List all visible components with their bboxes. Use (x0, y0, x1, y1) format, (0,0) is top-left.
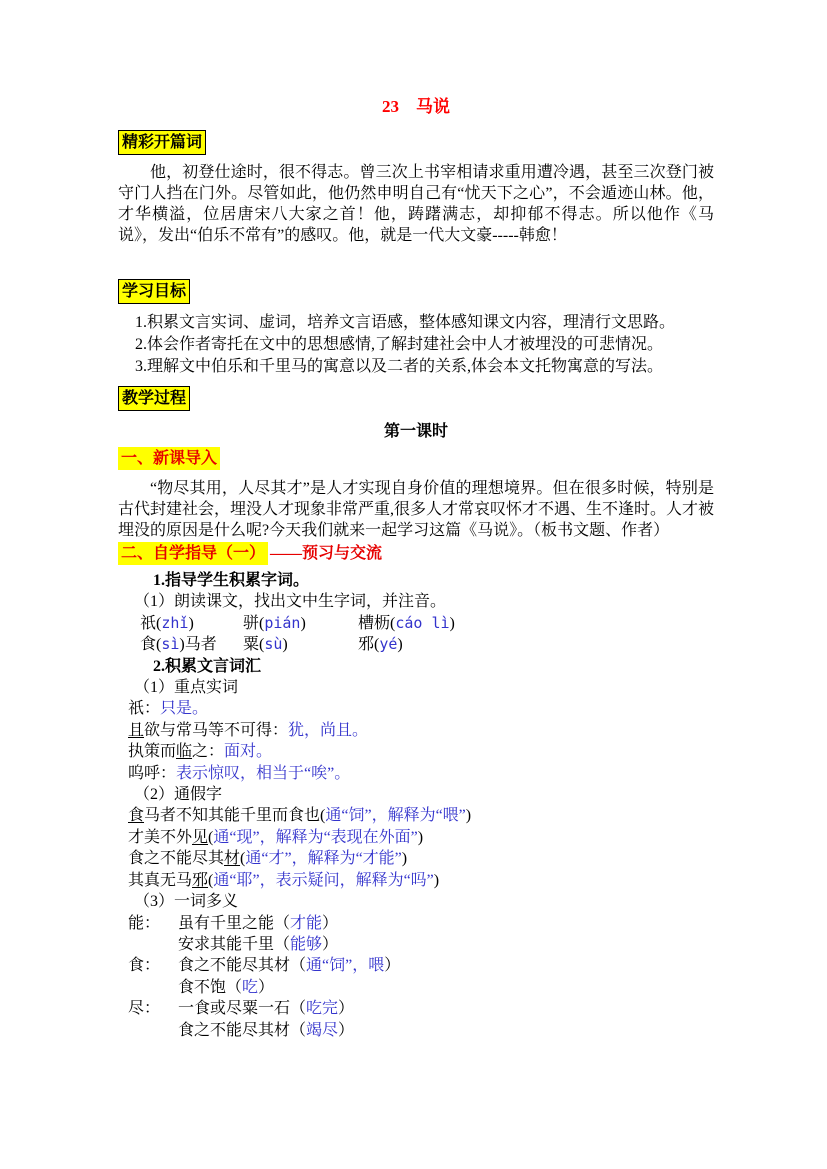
text-run: 祇： (128, 700, 160, 717)
polysemy-label: （3）一词多义 (134, 891, 714, 912)
text-run: 骈 (243, 615, 259, 632)
pinyin-entry: 骈(pián) (243, 613, 358, 634)
process-heading-row: 教学过程 (118, 386, 714, 412)
text-run: ) (450, 615, 455, 632)
text-run: 邪 (358, 636, 374, 653)
polysemy-example: 虽有千里之能（才能） (178, 915, 338, 932)
pinyin-entry: 槽枥(cáo lì) (358, 613, 455, 634)
text-run: ) (397, 636, 402, 653)
pinyin-entry: 食(sì)马者 (140, 634, 243, 655)
text-run: ) (282, 636, 287, 653)
polysemy-line: 食不饱（吃） (178, 977, 714, 998)
text-run: 祇 (140, 615, 156, 632)
tongjia-line: 食之不能尽其材(通“才”，解释为“才能”) (128, 848, 714, 869)
goals-list: 1.积累文言实词、虚词，培养文言语感，整体感知课文内容，理清行文思路。 2.体会… (118, 312, 714, 378)
text-run: 安求其能千里（ (178, 936, 290, 953)
text-run: zhǐ (161, 614, 188, 632)
page-title: 23 马说 (118, 96, 714, 118)
polysemy-line: 食之不能尽其材（竭尽） (178, 1020, 714, 1041)
pinyin-entry: 祇(zhǐ) (140, 613, 243, 634)
tongjia-line: 才美不外见(通“现”，解释为“表现在外面”) (128, 827, 714, 848)
goal-item-3: 3.理解文中伯乐和千里马的寓意以及二者的关系,体会本文托物寓意的写法。 (135, 356, 714, 378)
text-run: 马者不知其能千里而食也( (144, 807, 325, 824)
text-run: ） (322, 936, 338, 953)
polysemy-headword: 能： (128, 913, 178, 934)
polysemy-headword: 食： (128, 955, 178, 976)
text-run: 且 (128, 722, 144, 739)
text-run: 其真无马 (128, 872, 192, 889)
text-run: ) (402, 850, 407, 867)
text-run: ） (384, 957, 400, 974)
pinyin-entry: 粟(sù) (243, 634, 358, 655)
document-page: 23 马说 精彩开篇词 他，初登仕途时，很不得志。曾三次上书宰相请求重用遭冷遇，… (118, 96, 714, 1041)
text-run: 一食或尽粟一石（ (178, 1000, 306, 1017)
opening-paragraph: 他，初登仕途时，很不得志。曾三次上书宰相请求重用遭冷遇，甚至三次登门被守门人挡在… (118, 162, 714, 246)
text-run: 才能 (290, 915, 322, 932)
text-run: 能够 (290, 936, 322, 953)
text-run: yé (379, 635, 397, 653)
text-run: 马者 (185, 636, 217, 653)
pinyin-entry: 邪(yé) (358, 634, 403, 655)
text-run: pián (264, 614, 300, 632)
key-word-line: 执策而临之：面对。 (128, 741, 714, 762)
text-run: 面对。 (224, 743, 272, 760)
lead-in-heading-row: 一、新课导入 (118, 446, 714, 472)
polysemy-line: 安求其能千里（能够） (178, 934, 714, 955)
tongjia-line: 其真无马邪(通“耶”，表示疑问，解释为“吗”) (128, 870, 714, 891)
text-run: 材 (224, 850, 240, 867)
study-step-1-label: 1.指导学生积累字词。 (153, 570, 714, 591)
text-run: 食之不能尽其 (128, 850, 224, 867)
polysemy-example: 一食或尽粟一石（吃完） (178, 1000, 354, 1017)
study-step-2-label: 2.积累文言词汇 (153, 656, 714, 677)
key-word-line: 且欲与常马等不可得：犹，尚且。 (128, 720, 714, 741)
text-run: ) (188, 615, 193, 632)
text-run: 通“饲”，解释为“喂” (325, 807, 465, 824)
self-study-heading-row: 二、自学指导（一）——预习与交流 (118, 541, 714, 567)
polysemy-line: 食：食之不能尽其材（通“饲”，喂） (128, 955, 714, 976)
document-background: { "title": "23 马说", "colors": { "title_r… (0, 0, 827, 1169)
text-run: 执策而 (128, 743, 176, 760)
self-study-subtitle: ——预习与交流 (268, 545, 382, 562)
goal-item-2: 2.体会作者寄托在文中的思想感情,了解封建社会中人才被埋没的可悲情况。 (135, 334, 714, 356)
section-heading-opening: 精彩开篇词 (118, 130, 206, 155)
pinyin-row-1: 祇(zhǐ)骈(pián)槽枥(cáo lì) (140, 613, 714, 634)
text-run: 吃完 (306, 1000, 338, 1017)
text-run: ) (466, 807, 471, 824)
text-run: 虽有千里之能（ (178, 915, 290, 932)
pinyin-row-2: 食(sì)马者粟(sù)邪(yé) (140, 634, 714, 655)
polysemy-example: 食之不能尽其材（通“饲”，喂） (178, 957, 400, 974)
tongjia-line: 食马者不知其能千里而食也(通“饲”，解释为“喂”) (128, 805, 714, 826)
text-run: 见 (192, 829, 208, 846)
lead-in-paragraph: “物尽其用，人尽其才”是人才实现自身价值的理想境界。但在很多时候，特别是古代封建… (118, 478, 714, 541)
text-run: 食 (128, 807, 144, 824)
session-title: 第一课时 (118, 421, 714, 442)
text-run: 临 (176, 743, 192, 760)
text-run: 通“饲”，喂 (306, 957, 384, 974)
text-run: 犹，尚且。 (288, 722, 368, 739)
key-word-line: 祇：只是。 (128, 698, 714, 719)
text-run: 欲与常马等不可得： (144, 722, 288, 739)
text-run: ) (300, 615, 305, 632)
text-run: 粟 (243, 636, 259, 653)
section-heading-goals: 学习目标 (118, 279, 190, 304)
text-run: 之： (192, 743, 224, 760)
text-run: ） (338, 1000, 354, 1017)
text-run: 才美不外 (128, 829, 192, 846)
text-run: ) (434, 872, 439, 889)
text-run: 呜呼： (128, 765, 176, 782)
key-word-line: 呜呼：表示惊叹，相当于“唉”。 (128, 763, 714, 784)
goals-heading-row: 学习目标 (118, 279, 714, 305)
tongjia-label: （2）通假字 (134, 784, 714, 805)
text-run: 吃 (242, 979, 258, 996)
self-study-block: 1.指导学生积累字词。 （1）朗读课文，找出文中生字词，并注音。 祇(zhǐ)骈… (118, 570, 714, 1041)
text-run: 食不饱（ (178, 979, 242, 996)
section-heading-lead-in: 一、新课导入 (118, 447, 220, 470)
study-step-1-item: （1）朗读课文，找出文中生字词，并注音。 (134, 591, 714, 612)
section-heading-self-study: 二、自学指导（一） (118, 542, 268, 565)
polysemy-headword: 尽： (128, 998, 178, 1019)
text-run: 槽枥 (358, 615, 390, 632)
text-run: 邪 (192, 872, 208, 889)
opening-heading-row: 精彩开篇词 (118, 130, 714, 156)
text-run: sù (264, 635, 282, 653)
text-run: 食 (140, 636, 156, 653)
goal-item-1: 1.积累文言实词、虚词，培养文言语感，整体感知课文内容，理清行文思路。 (135, 312, 714, 334)
text-run: 竭尽 (306, 1022, 338, 1039)
polysemy-line: 能：虽有千里之能（才能） (128, 913, 714, 934)
text-run: 表示惊叹，相当于“唉”。 (176, 765, 350, 782)
text-run: 食之不能尽其材（ (178, 957, 306, 974)
section-heading-process: 教学过程 (118, 386, 190, 411)
text-run: cáo lì (395, 614, 449, 632)
text-run: ） (322, 915, 338, 932)
text-run: 通“耶”，表示疑问，解释为“吗” (213, 872, 433, 889)
text-run: sì (161, 635, 179, 653)
polysemy-line: 尽：一食或尽粟一石（吃完） (128, 998, 714, 1019)
text-run: ） (338, 1022, 354, 1039)
text-run: 通“现”，解释为“表现在外面” (213, 829, 417, 846)
text-run: 通“才”，解释为“才能” (245, 850, 401, 867)
text-run: 食之不能尽其材（ (178, 1022, 306, 1039)
text-run: ） (258, 979, 274, 996)
key-words-label: （1）重点实词 (134, 677, 714, 698)
text-run: 只是。 (160, 700, 208, 717)
text-run: ) (418, 829, 423, 846)
